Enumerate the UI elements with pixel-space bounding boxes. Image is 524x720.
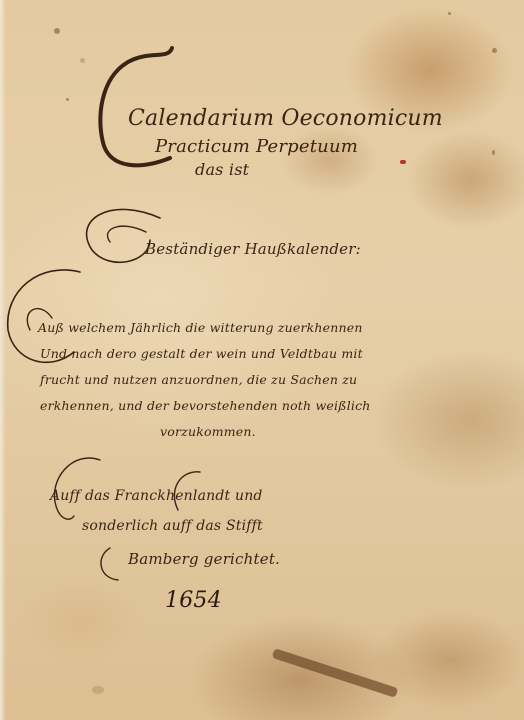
closing-line-2: sonderlich auff das Stifft <box>82 518 263 534</box>
closing-line-1: Auff das Franckhenlandt und <box>50 488 263 504</box>
body-line-2: Und nach dero gestalt der wein und Veldt… <box>40 346 363 361</box>
body-line-1: Auß welchem Jährlich die witterung zuerk… <box>38 320 363 335</box>
body-line-4: erkhennen, und der bevorstehenden noth w… <box>40 398 371 413</box>
manuscript-page: Calendarium Oeconomicum Practicum Perpet… <box>0 0 524 720</box>
title-line-1: Calendarium Oeconomicum <box>128 106 443 131</box>
closing-line-3: Bamberg gerichtet. <box>128 550 280 568</box>
date: 1654 <box>165 588 222 613</box>
body-line-5: vorzukommen. <box>160 424 256 439</box>
subtitle: Beständiger Haußkalender: <box>145 240 361 258</box>
body-line-3: frucht und nutzen anzuordnen, die zu Sac… <box>40 372 357 387</box>
title-line-3: das ist <box>195 160 249 179</box>
title-line-2: Practicum Perpetuum <box>155 136 358 157</box>
